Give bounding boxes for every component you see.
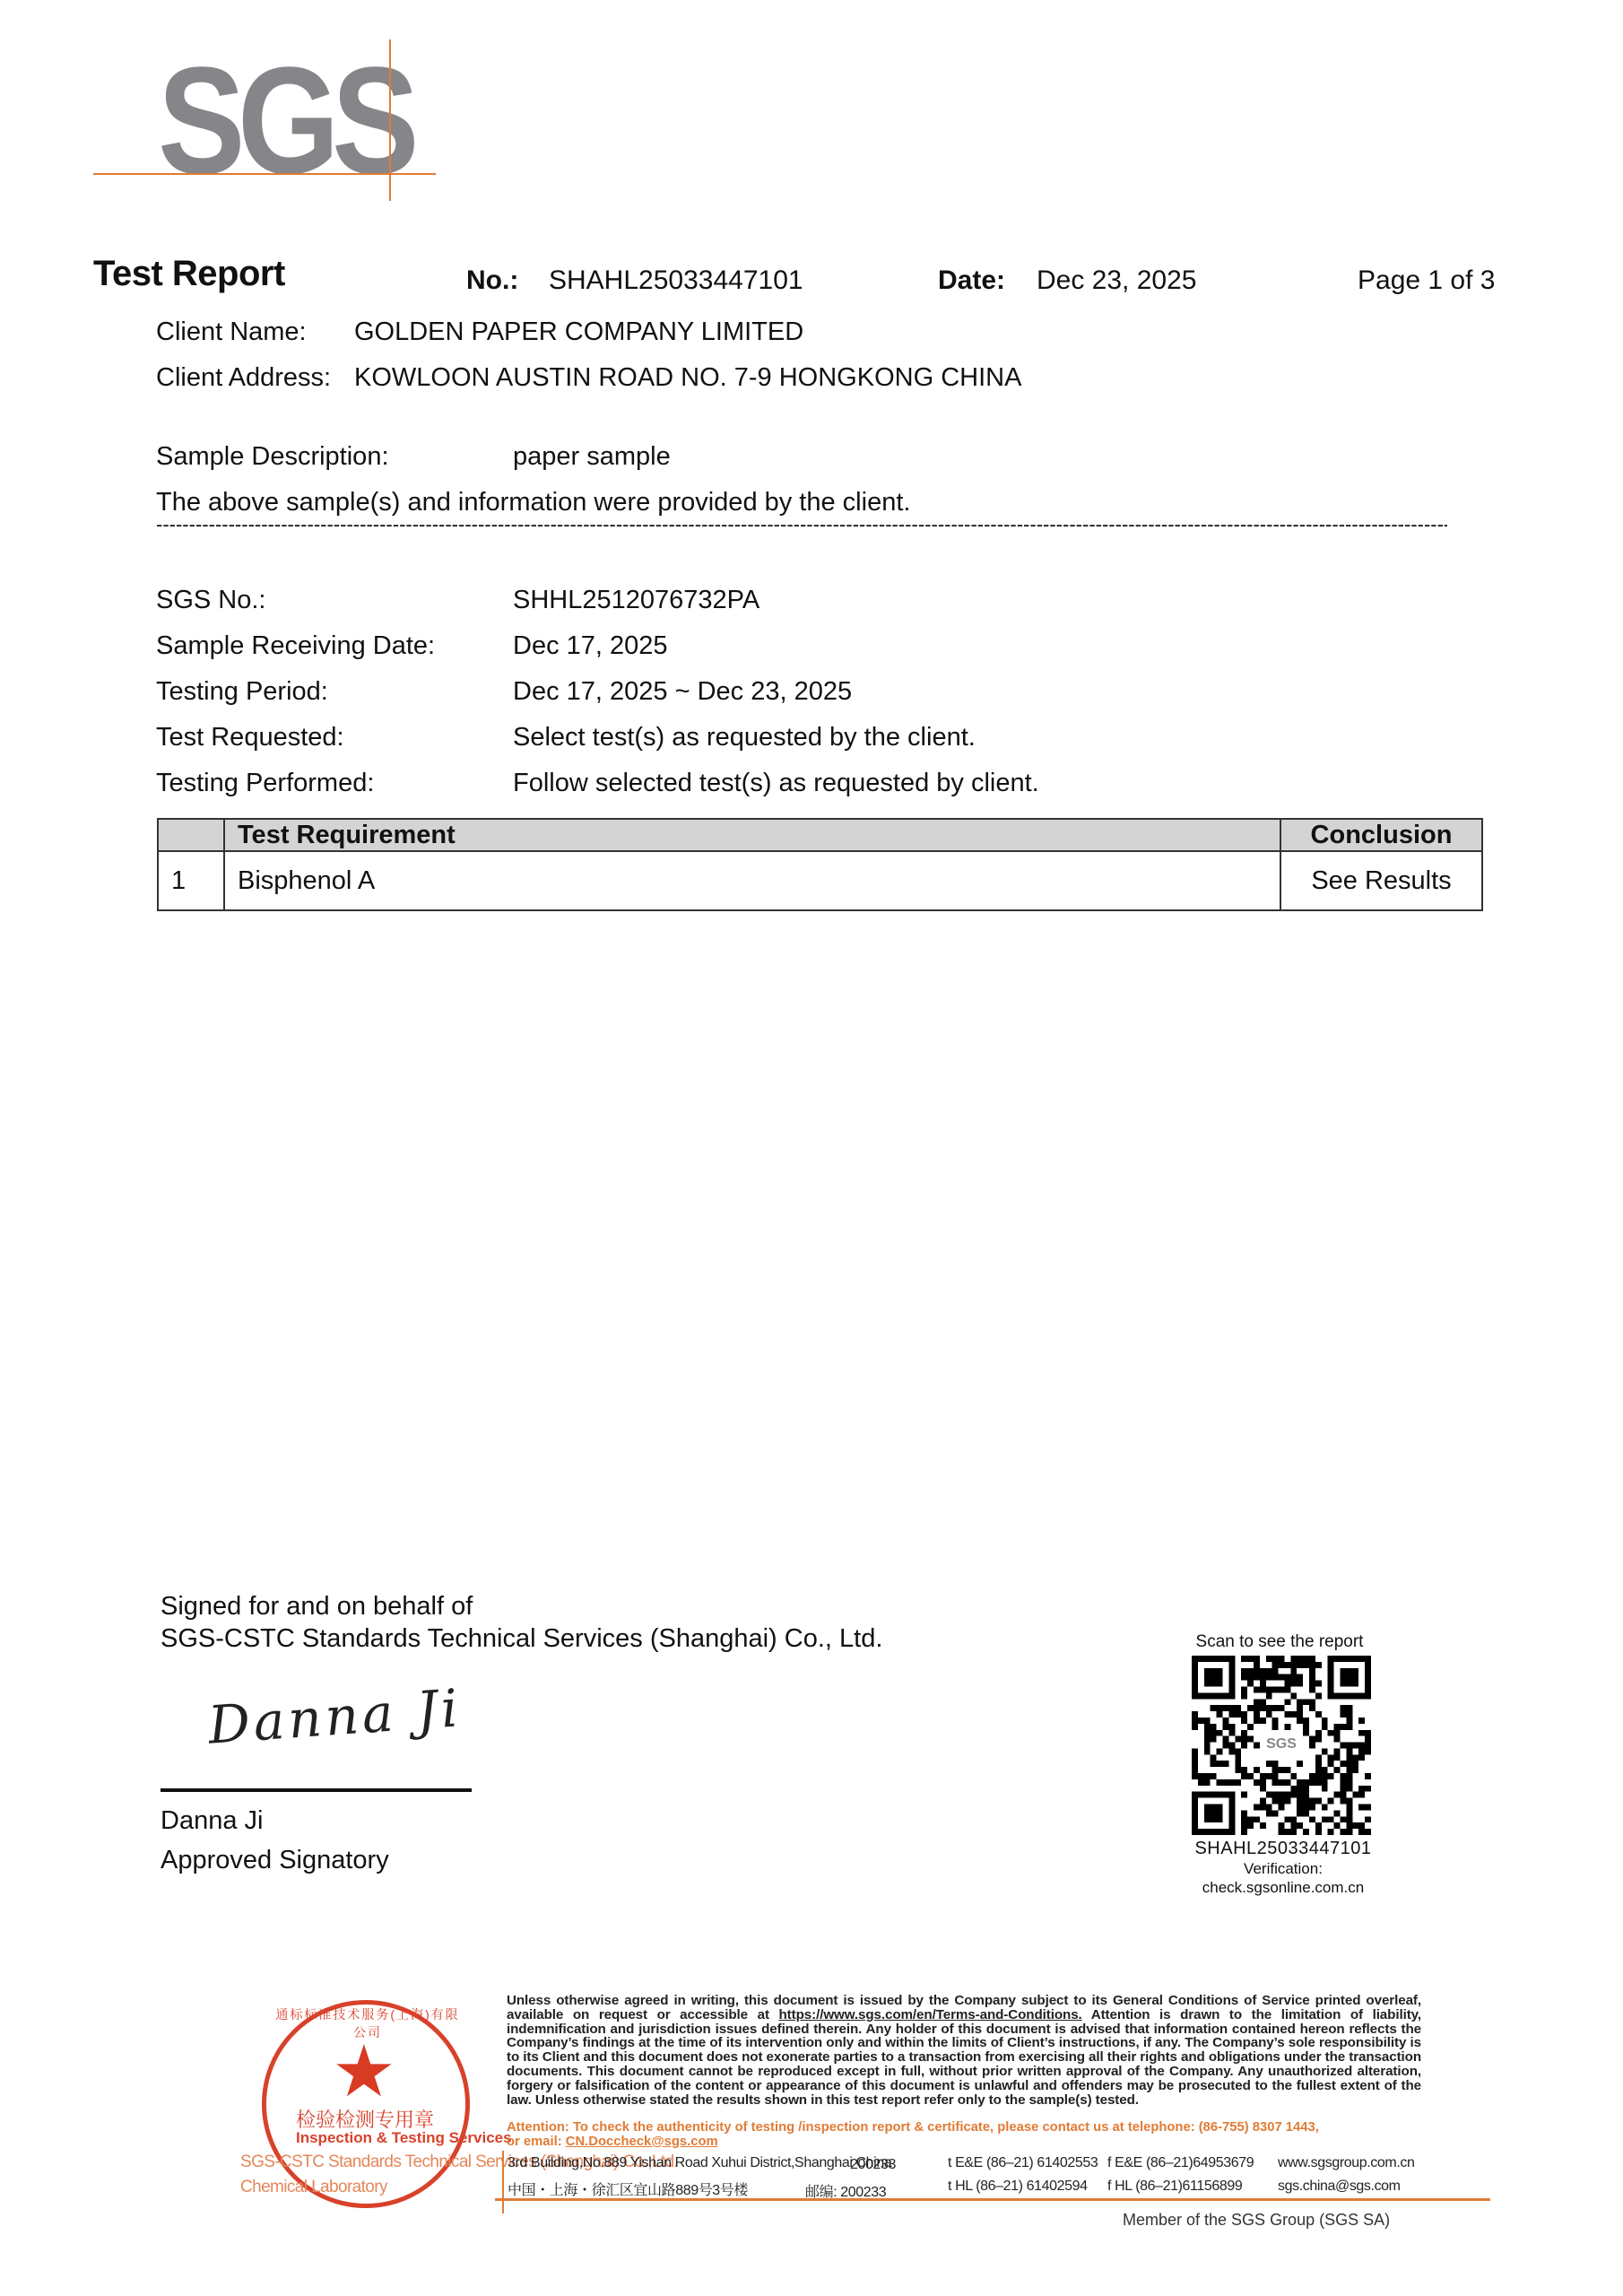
signatory-name: Danna Ji — [161, 1806, 263, 1836]
row-requirement: Bisphenol A — [224, 851, 1280, 910]
sgs-group-membership: Member of the SGS Group (SGS SA) — [1123, 2211, 1390, 2230]
phone-ee: t E&E (86–21) 61402553 — [948, 2155, 1098, 2171]
authenticity-notice: Attention: To check the authenticity of … — [507, 2121, 1439, 2149]
report-date-label: Date: — [938, 265, 1005, 296]
stamp-ring-chinese: 通标标准技术服务(上海)有限公司 — [269, 2005, 466, 2041]
qr-verification-url: check.sgsonline.com.cn — [1186, 1878, 1380, 1897]
website[interactable]: www.sgsgroup.com.cn — [1278, 2155, 1414, 2171]
logo-vertical-rule — [389, 39, 391, 201]
handwritten-signature: Danna Ji — [206, 1677, 464, 1756]
sample-description-label: Sample Description: — [156, 442, 389, 472]
testing-period-label: Testing Period: — [156, 677, 328, 707]
column-header-no — [158, 819, 224, 851]
contact-email[interactable]: sgs.china@sgs.com — [1278, 2179, 1401, 2195]
fax-ee: f E&E (86–21)64953679 — [1107, 2155, 1254, 2171]
postcode-chinese: 邮编: 200233 — [805, 2180, 886, 2201]
address-chinese: 中国・上海・徐汇区宜山路889号3号楼 — [508, 2179, 748, 2199]
table-header-row: Test Requirement Conclusion — [158, 819, 1482, 851]
client-address-value: KOWLOON AUSTIN ROAD NO. 7-9 HONGKONG CHI… — [354, 363, 1021, 393]
phone-hl: t HL (86–21) 61402594 — [948, 2179, 1088, 2195]
report-title: Test Report — [93, 254, 285, 294]
fax-hl: f HL (86–21)61156899 — [1107, 2179, 1242, 2195]
column-header-requirement: Test Requirement — [224, 819, 1280, 851]
authenticity-email-prefix: or email: — [507, 2135, 566, 2149]
authenticity-email-link[interactable]: CN.Doccheck@sgs.com — [566, 2135, 718, 2149]
report-no-label: No.: — [466, 265, 518, 296]
sgs-no-label: SGS No.: — [156, 586, 266, 615]
logo-horizontal-rule — [93, 173, 436, 175]
testing-performed-value: Follow selected test(s) as requested by … — [513, 769, 1039, 798]
client-name-value: GOLDEN PAPER COMPANY LIMITED — [354, 317, 803, 347]
dashed-separator: ----------------------------------------… — [156, 520, 1447, 529]
table-row: 1 Bisphenol A See Results — [158, 851, 1482, 910]
sample-description-value: paper sample — [513, 442, 671, 472]
sgs-no-value: SHHL2512076732PA — [513, 586, 759, 615]
sample-provided-note: The above sample(s) and information were… — [156, 488, 910, 517]
test-requirement-table: Test Requirement Conclusion 1 Bisphenol … — [157, 818, 1483, 911]
verification-qr-block: Scan to see the report SGS SHAHL25033447… — [1186, 1632, 1380, 1897]
qr-report-number: SHAHL25033447101 — [1186, 1839, 1380, 1859]
test-requested-label: Test Requested: — [156, 723, 344, 752]
stamp-star-icon: ★ — [332, 2036, 396, 2108]
test-requested-value: Select test(s) as requested by the clien… — [513, 723, 976, 752]
qr-caption: Scan to see the report — [1179, 1632, 1380, 1652]
qr-verification-label: Verification: — [1186, 1859, 1380, 1878]
client-address-label: Client Address: — [156, 363, 331, 393]
address-english: 3rd Building,No.889 Yishan Road Xuhui Di… — [508, 2155, 891, 2171]
qr-code[interactable]: SGS — [1192, 1656, 1371, 1835]
sgs-logo: SGS — [93, 27, 452, 215]
signature-line — [161, 1788, 472, 1792]
laboratory-name-line2: Chemical Laboratory — [240, 2178, 387, 2197]
signed-on-behalf-label: Signed for and on behalf of — [161, 1592, 473, 1622]
report-no-value: SHAHL25033447101 — [549, 265, 803, 296]
testing-performed-label: Testing Performed: — [156, 769, 374, 798]
postcode-english: 200233 — [850, 2157, 896, 2173]
qr-center-logo: SGS — [1262, 1735, 1301, 1754]
signatory-role: Approved Signatory — [161, 1846, 389, 1875]
receiving-date-value: Dec 17, 2025 — [513, 631, 668, 661]
terms-link[interactable]: https://www.sgs.com/en/Terms-and-Conditi… — [779, 2007, 1082, 2022]
column-header-conclusion: Conclusion — [1280, 819, 1482, 851]
legal-disclaimer: Unless otherwise agreed in writing, this… — [507, 1994, 1421, 2107]
signing-company: SGS-CSTC Standards Technical Services (S… — [161, 1624, 882, 1654]
report-date-value: Dec 23, 2025 — [1037, 265, 1196, 296]
receiving-date-label: Sample Receiving Date: — [156, 631, 435, 661]
testing-period-value: Dec 17, 2025 ~ Dec 23, 2025 — [513, 677, 852, 707]
row-number: 1 — [158, 851, 224, 910]
client-name-label: Client Name: — [156, 317, 307, 347]
footer-vertical-rule — [502, 2151, 504, 2213]
disclaimer-text-part2: Attention is drawn to the limitation of … — [507, 2007, 1421, 2108]
stamp-english-text: Inspection & Testing Services — [296, 2129, 512, 2147]
page-indicator: Page 1 of 3 — [1358, 265, 1495, 296]
authenticity-notice-text: Attention: To check the authenticity of … — [507, 2121, 1439, 2135]
row-conclusion: See Results — [1280, 851, 1482, 910]
